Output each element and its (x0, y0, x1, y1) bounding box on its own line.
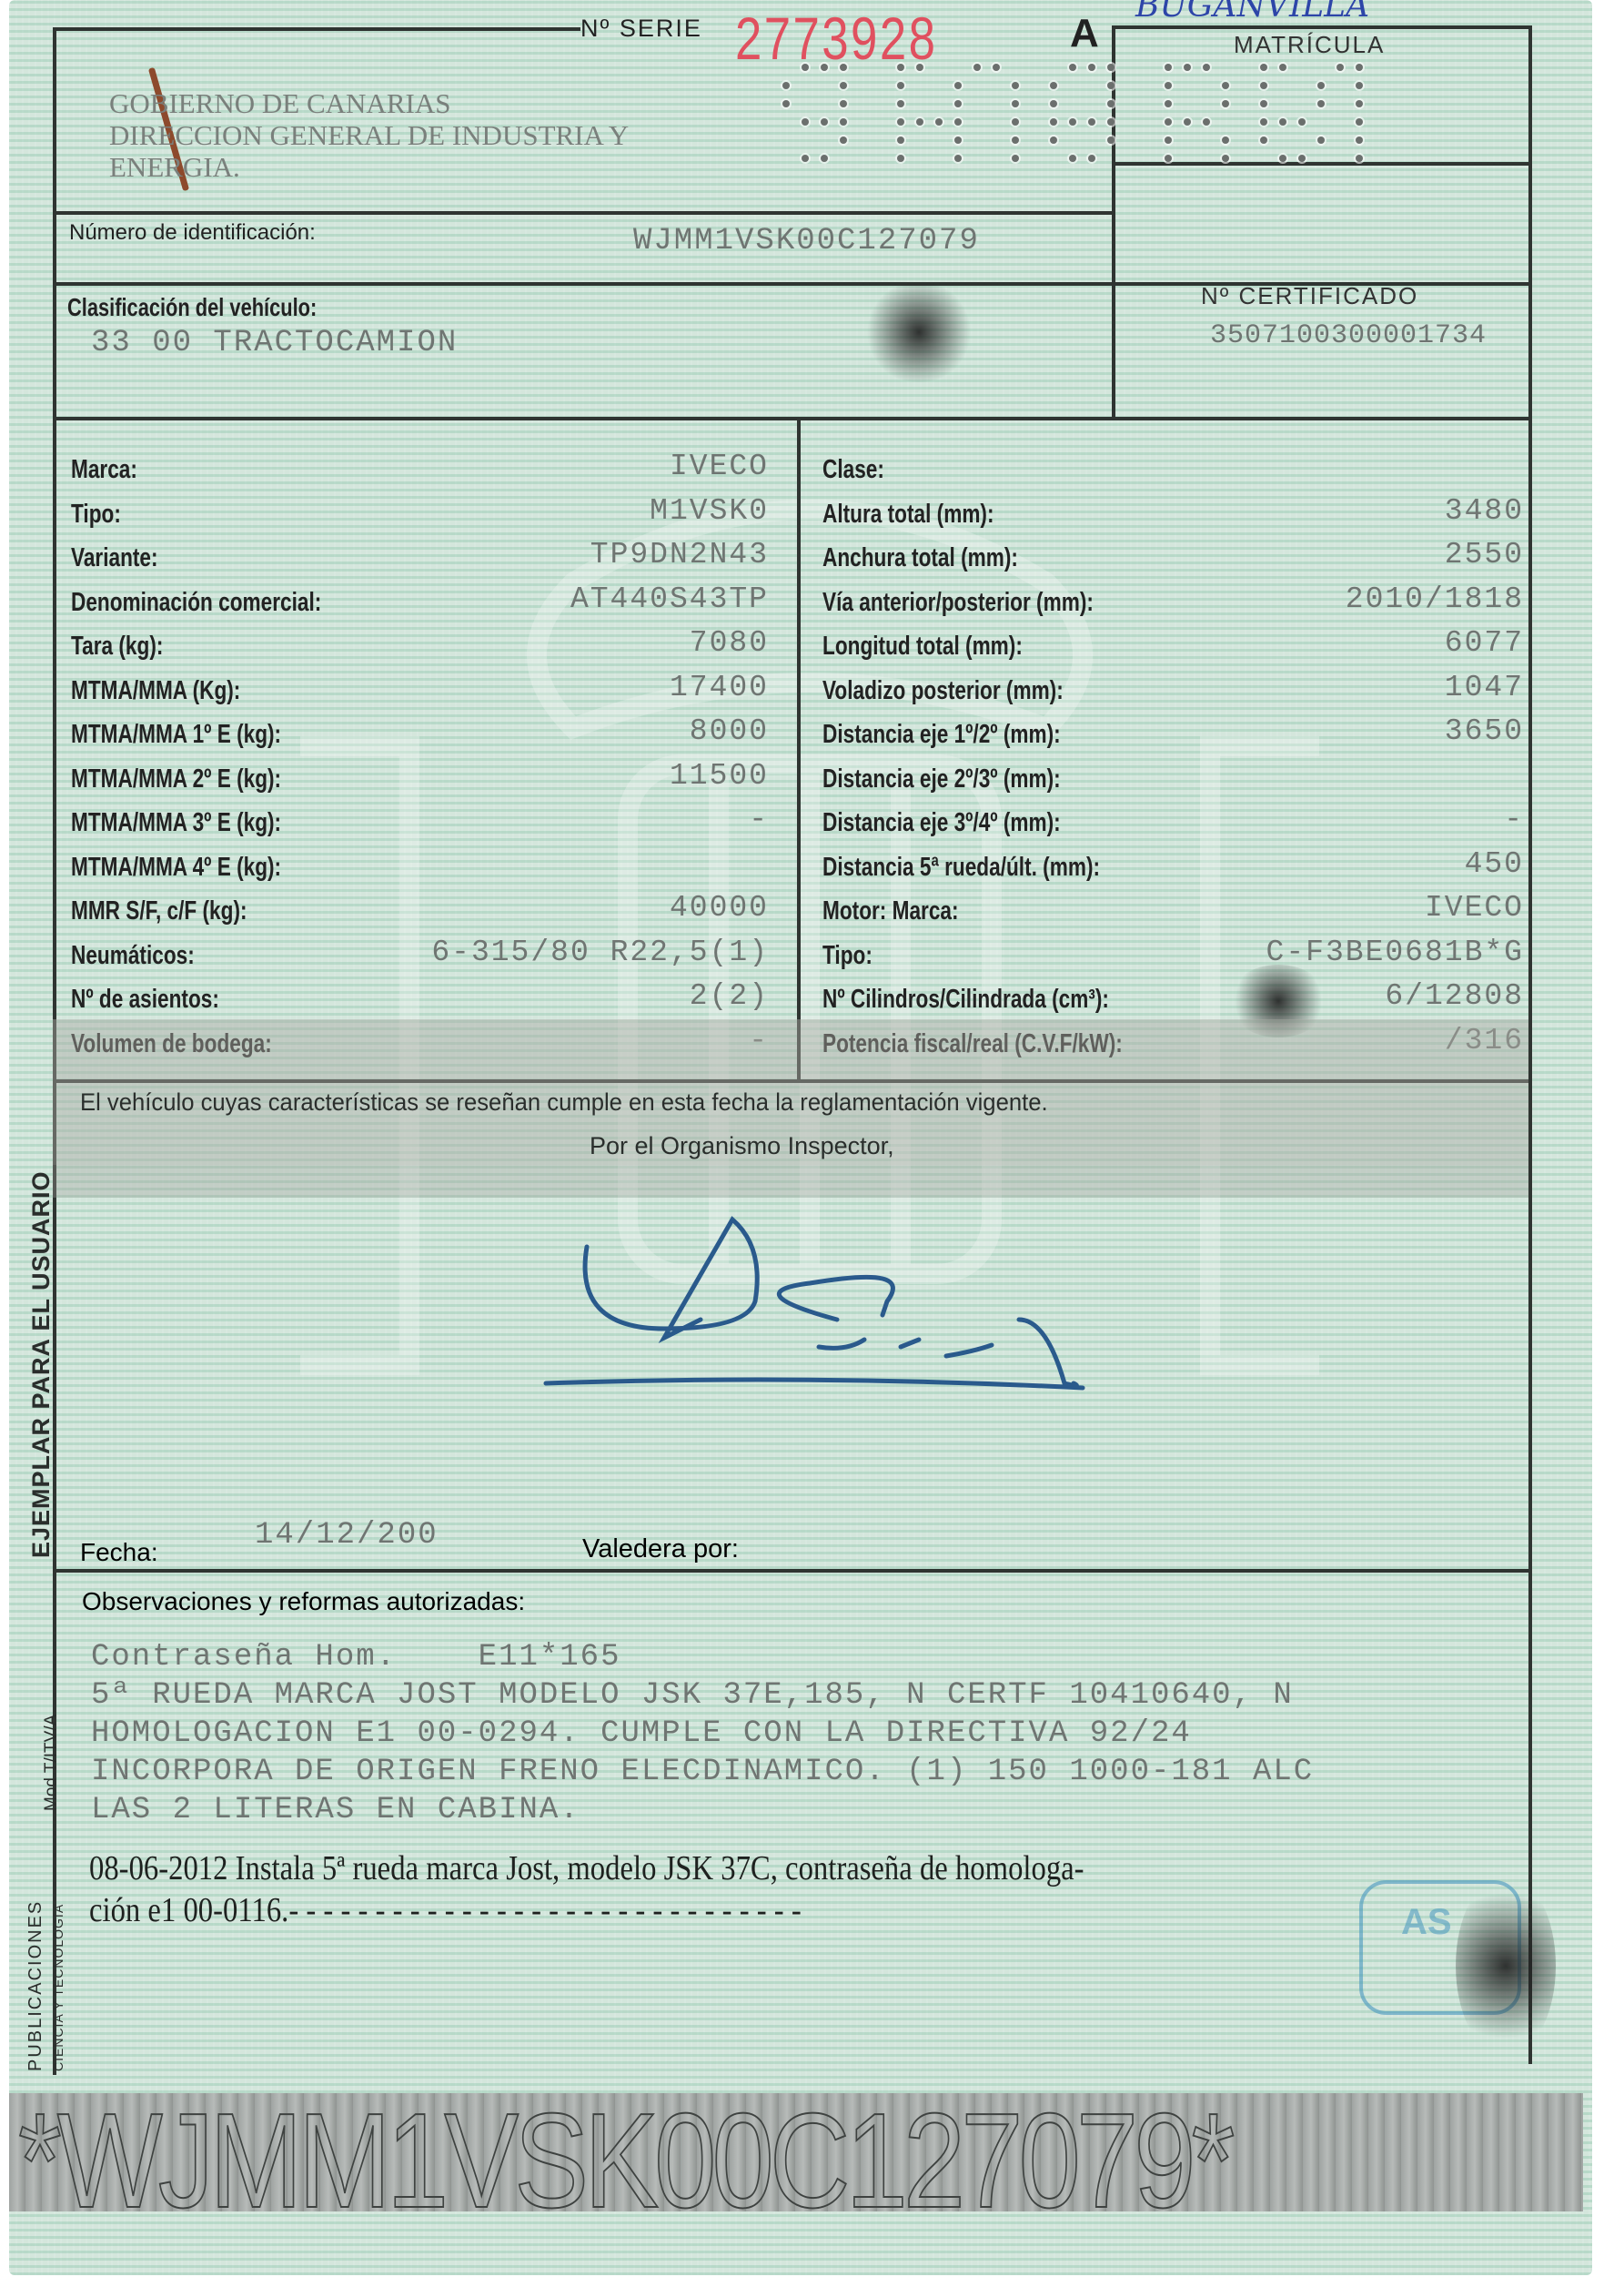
inspector-label: Por el Organismo Inspector, (590, 1132, 894, 1160)
right-border (1528, 25, 1532, 2064)
spec-value-right: 1047 (1445, 671, 1524, 704)
spec-label-left: Marca: (71, 455, 137, 485)
spec-value-right: 2550 (1445, 538, 1524, 572)
spec-value-right: 6077 (1445, 626, 1524, 660)
certificate-value: 3507100300001734 (1210, 320, 1487, 351)
vin-etched-text: *WJMM1VSK00C127079* (18, 2084, 1230, 2239)
spec-label-right: Nº Cilindros/Cilindrada (cm³): (822, 985, 1109, 1015)
spec-value-right: IVECO (1425, 891, 1524, 925)
spec-value-left: AT440S43TP (570, 582, 769, 616)
matricula-label: MATRÍCULA (1234, 31, 1385, 59)
spec-label-right: Longitud total (mm): (822, 632, 1023, 662)
ink-stain (864, 282, 973, 382)
spec-label-right: Voladizo posterior (mm): (822, 676, 1064, 706)
serie-letter: A (1070, 11, 1099, 56)
issuing-authority: GOBIERNO DE CANARIAS DIRECCION GENERAL D… (109, 87, 629, 183)
divider (53, 417, 1532, 420)
spec-label-right: Clase: (822, 455, 884, 485)
spec-value-left: 8000 (690, 714, 769, 748)
vin-value: WJMM1VSK00C127079 (633, 224, 980, 258)
certificate-label: Nº CERTIFICADO (1201, 282, 1418, 310)
handwritten-note: BUGANVILLA (1135, 0, 1369, 25)
spec-label-left: Tipo: (71, 500, 121, 530)
spec-value-right: 450 (1465, 847, 1524, 881)
spec-label-left: Nº de asientos: (71, 985, 219, 1015)
divider (53, 211, 1115, 215)
spec-label-left: Variante: (71, 543, 158, 573)
copy-label: EJEMPLAR PARA EL USUARIO (27, 1170, 55, 1558)
spec-label-right: Vía anterior/posterior (mm): (822, 588, 1094, 618)
spec-label-left: Denominación comercial: (71, 588, 321, 618)
publisher-label: PUBLICACIONES (25, 1900, 46, 2071)
classification-value: 33 00 TRACTOCAMION (91, 326, 458, 360)
spec-label-left: MTMA/MMA 4º E (kg): (71, 853, 281, 883)
spec-value-left: 11500 (670, 759, 769, 793)
matricula-top (1112, 25, 1532, 29)
inspector-signature (537, 1192, 1101, 1402)
valid-for-label: Valedera por: (582, 1534, 739, 1564)
conformity-statement: El vehículo cuyas características se res… (80, 1088, 1048, 1117)
spec-value-left: 40000 (670, 891, 769, 925)
spec-label-right: Distancia eje 3º/4º (mm): (822, 808, 1061, 838)
date-value: 14/12/200 (255, 1518, 439, 1553)
publisher-sub-label: CIENCIA Y TECNOLOGIA (51, 1904, 66, 2071)
vin-label: Número de identificación: (69, 220, 316, 246)
spec-label-right: Altura total (mm): (822, 500, 994, 530)
spec-value-right: 3650 (1445, 714, 1524, 748)
spec-label-left: MMR S/F, c/F (kg): (71, 896, 247, 926)
top-border (53, 27, 580, 31)
spec-value-left: 6-315/80 R22,5(1) (431, 936, 769, 969)
spec-value-right: C-F3BE0681B*G (1266, 936, 1524, 969)
ink-stain (1456, 1875, 1556, 2057)
perforated-plate-number (782, 64, 1401, 173)
date-label: Fecha: (80, 1538, 158, 1567)
spec-label-left: MTMA/MMA 3º E (kg): (71, 808, 281, 838)
spec-value-left: M1VSK0 (650, 494, 769, 528)
spec-label-right: Motor: Marca: (822, 896, 959, 926)
spec-value-right: 2010/1818 (1346, 582, 1524, 616)
spec-label-right: Distancia eje 1º/2º (mm): (822, 720, 1061, 750)
spec-label-left: Tara (kg): (71, 632, 163, 662)
spec-label-right: Tipo: (822, 941, 873, 971)
serie-number: 2773928 (735, 4, 937, 73)
spec-label-right: Anchura total (mm): (822, 543, 1018, 573)
spec-label-left: MTMA/MMA 1º E (kg): (71, 720, 281, 750)
spec-label-right: Distancia eje 2º/3º (mm): (822, 764, 1061, 794)
spec-label-left: Neumáticos: (71, 941, 195, 971)
serie-label: Nº SERIE (580, 15, 702, 43)
spec-value-right: - (1504, 803, 1524, 836)
spec-value-left: - (749, 803, 769, 836)
spec-value-left: 17400 (670, 671, 769, 704)
observations-label: Observaciones y reformas autorizadas: (82, 1587, 525, 1616)
spec-label-left: MTMA/MMA (Kg): (71, 676, 240, 706)
reform-entry: 08-06-2012 Instala 5ª rueda marca Jost, … (89, 1847, 1084, 1931)
spec-value-left: 2(2) (690, 979, 769, 1013)
spec-value-right: 3480 (1445, 494, 1524, 528)
stamp-text: AS (1401, 1902, 1452, 1943)
classification-label: Clasificación del vehículo: (67, 293, 317, 322)
spec-value-left: 7080 (690, 626, 769, 660)
spec-label-left: MTMA/MMA 2º E (kg): (71, 764, 281, 794)
observations-typed-text: Contraseña Hom. E11*165 5ª RUEDA MARCA J… (91, 1638, 1314, 1829)
spec-value-left: TP9DN2N43 (590, 538, 769, 572)
spec-value-right: 6/12808 (1385, 979, 1524, 1013)
specs-divider (797, 417, 801, 1081)
spec-label-right: Distancia 5ª rueda/últ. (mm): (822, 853, 1100, 883)
model-label: Mod T/ITV/A (42, 1715, 62, 1811)
divider (53, 1569, 1532, 1573)
spec-value-left: IVECO (670, 450, 769, 483)
